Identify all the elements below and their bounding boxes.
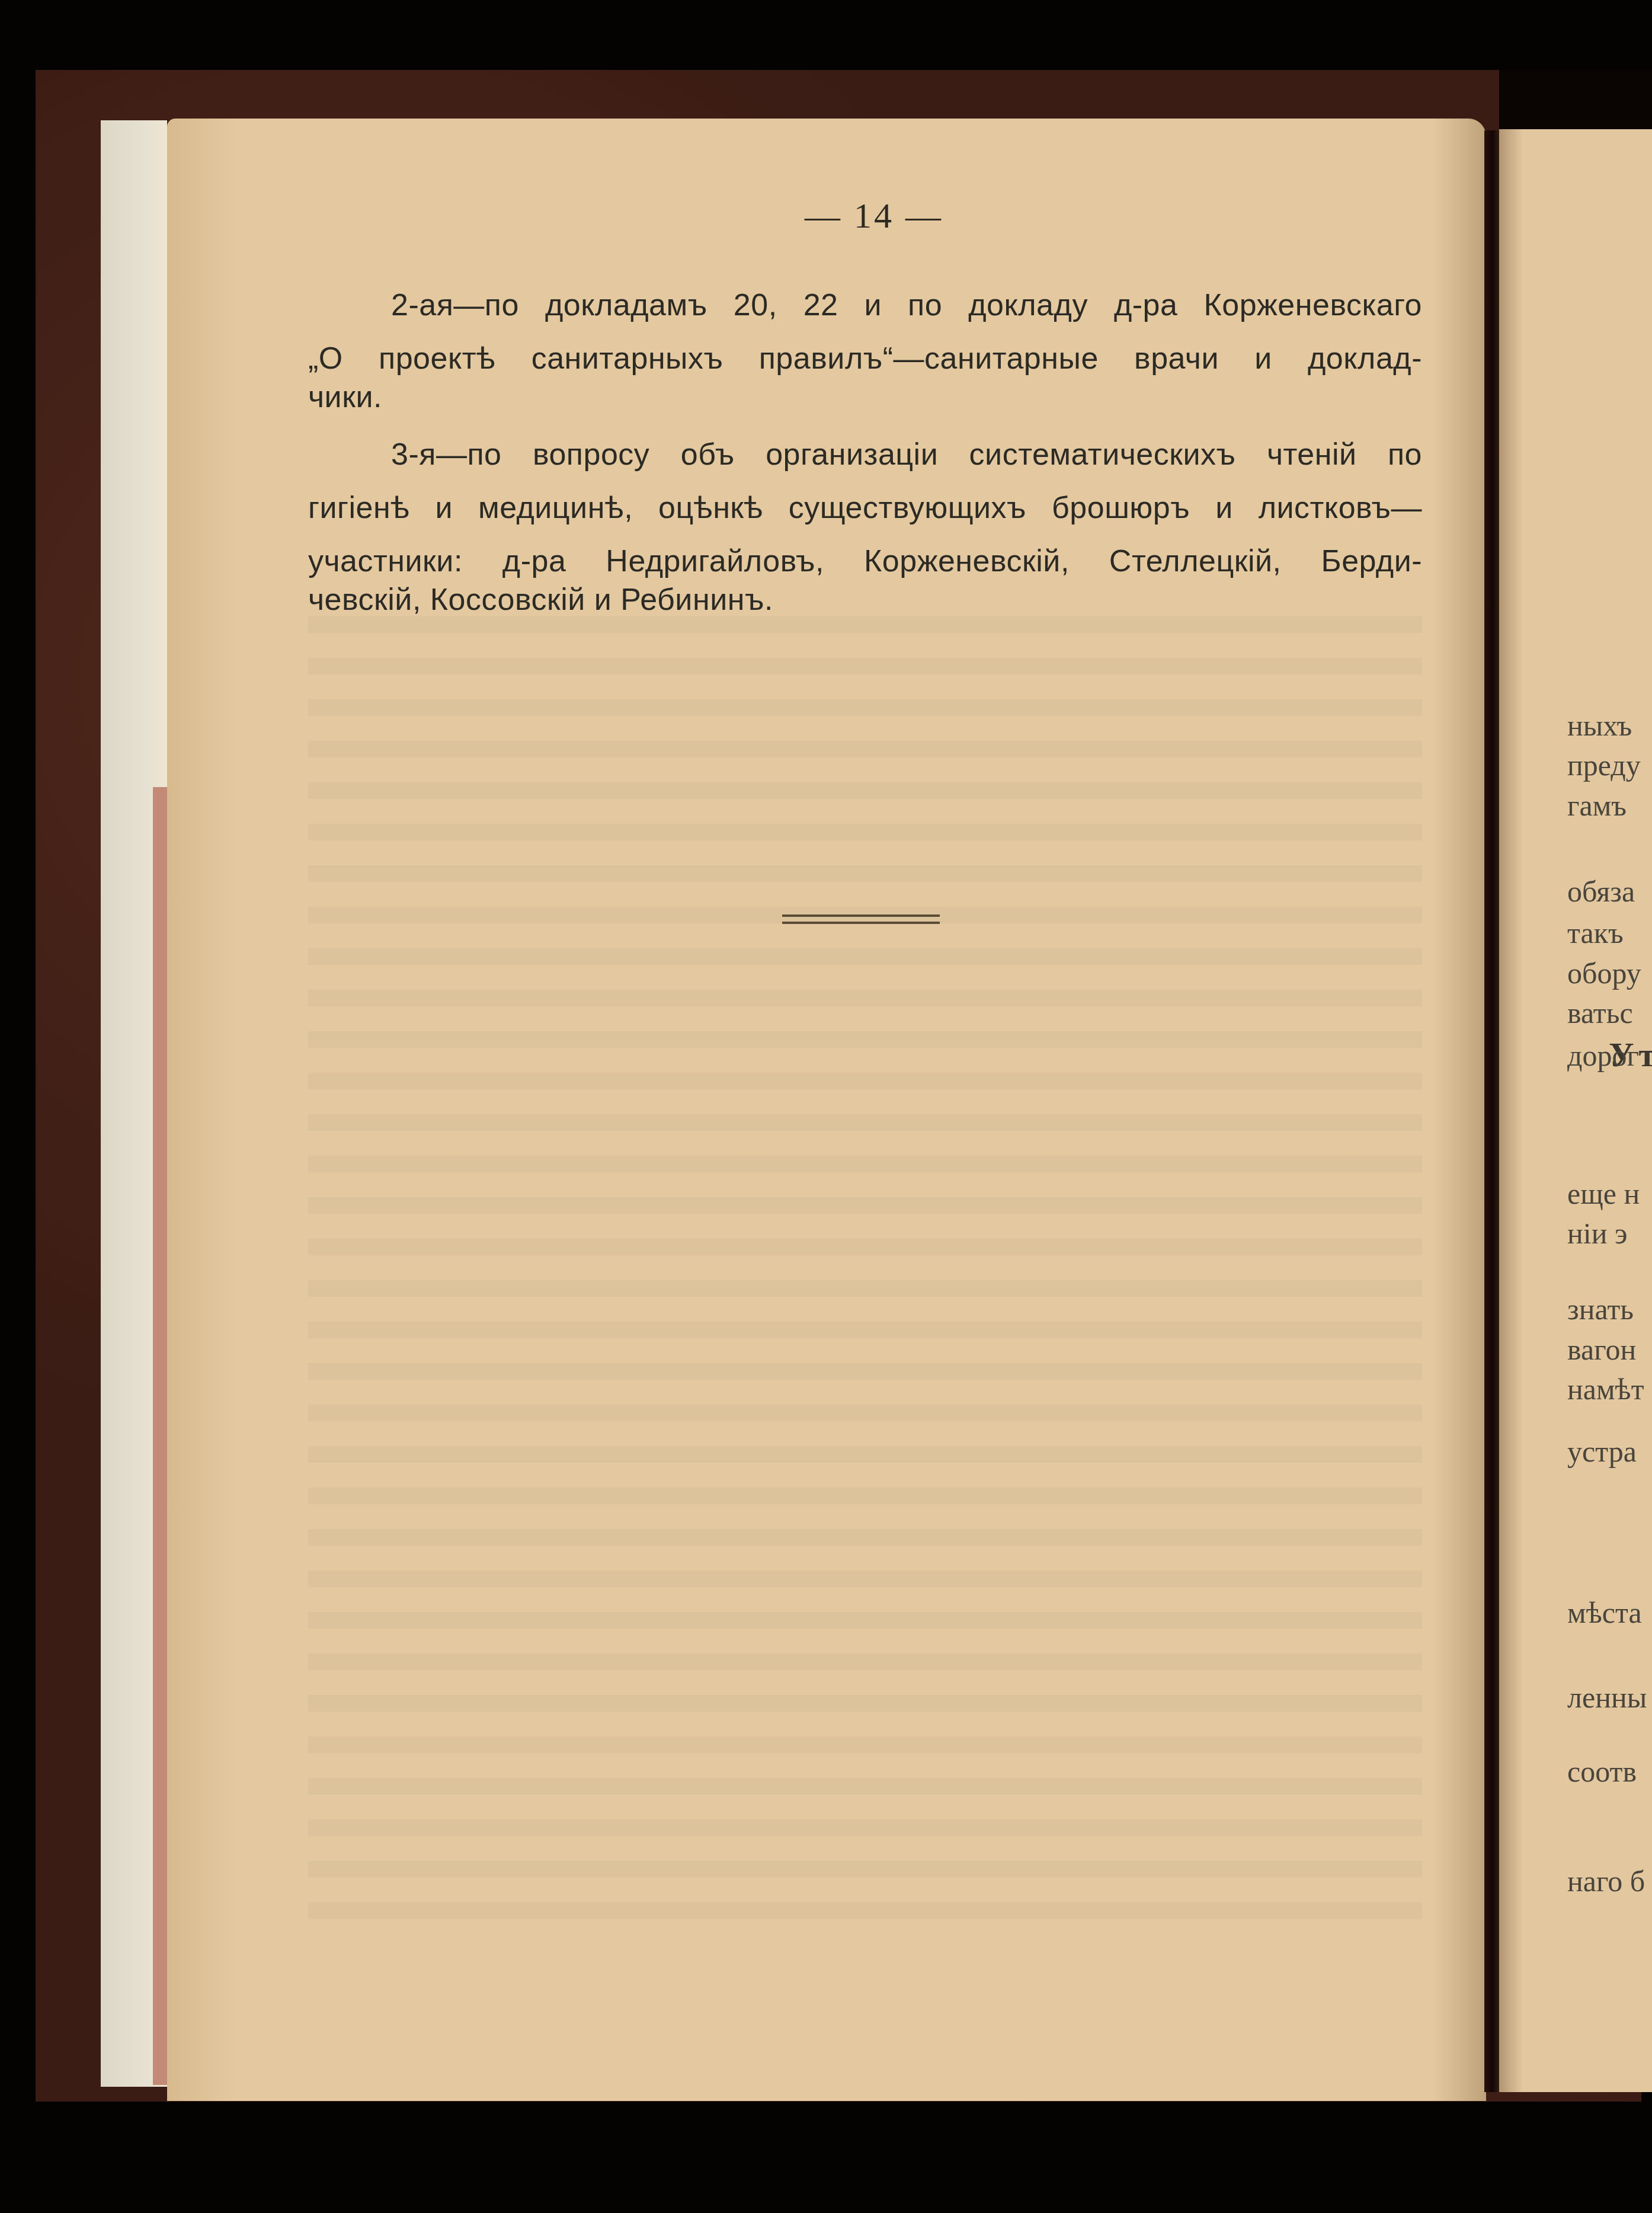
paragraph-2-line-2: гигіенѣ и медицинѣ, оцѣнкѣ существующихъ… [308,487,1422,529]
right-line-fragment: обяза [1567,874,1635,909]
paragraph-1-line-2: „О проектѣ санитарныхъ правилъ“—санитарн… [308,338,1422,379]
right-line-fragment: вагон [1567,1332,1636,1367]
right-line-fragment: знать [1567,1292,1634,1326]
section-divider [782,914,940,924]
right-line-fragment: наго б [1567,1864,1645,1898]
right-page [1499,129,1652,2092]
page-edge-marker [153,787,167,2085]
cover-shadow [1499,70,1652,129]
right-line-fragment: еще н [1567,1176,1640,1211]
right-line-fragment: обору [1567,956,1641,990]
right-line-fragment: ныхъ [1567,708,1632,743]
right-line-fragment: соотв [1567,1754,1637,1789]
book-gutter [1484,130,1501,2092]
paragraph-2-line-3: участники: д-ра Недригайловъ, Корженевск… [308,541,1422,582]
right-line-fragment: преду [1567,748,1641,782]
paragraph-1-line-1: 2-ая—по докладамъ 20, 22 и по докладу д-… [308,284,1422,326]
right-line-fragment: такъ [1567,916,1624,950]
paragraph-1-line-3: чики. [308,376,1422,418]
right-line-fragment: ленны [1567,1680,1647,1715]
right-line-fragment: мѣста [1567,1595,1642,1630]
paragraph-2-line-4: чевскій, Коссовскій и Ребининъ. [308,579,1422,621]
right-line-fragment: ватьс [1567,996,1633,1030]
right-line-fragment: намѣт [1567,1372,1644,1406]
page-number: — 14 — [770,196,978,236]
right-line-fragment: дорог [1567,1038,1639,1073]
paragraph-2-line-1: 3-я—по вопросу объ организаціи системати… [308,434,1422,475]
right-line-fragment: устра [1567,1434,1637,1469]
right-line-fragment: гамъ [1567,788,1627,823]
right-line-fragment: ніи э [1567,1216,1627,1251]
